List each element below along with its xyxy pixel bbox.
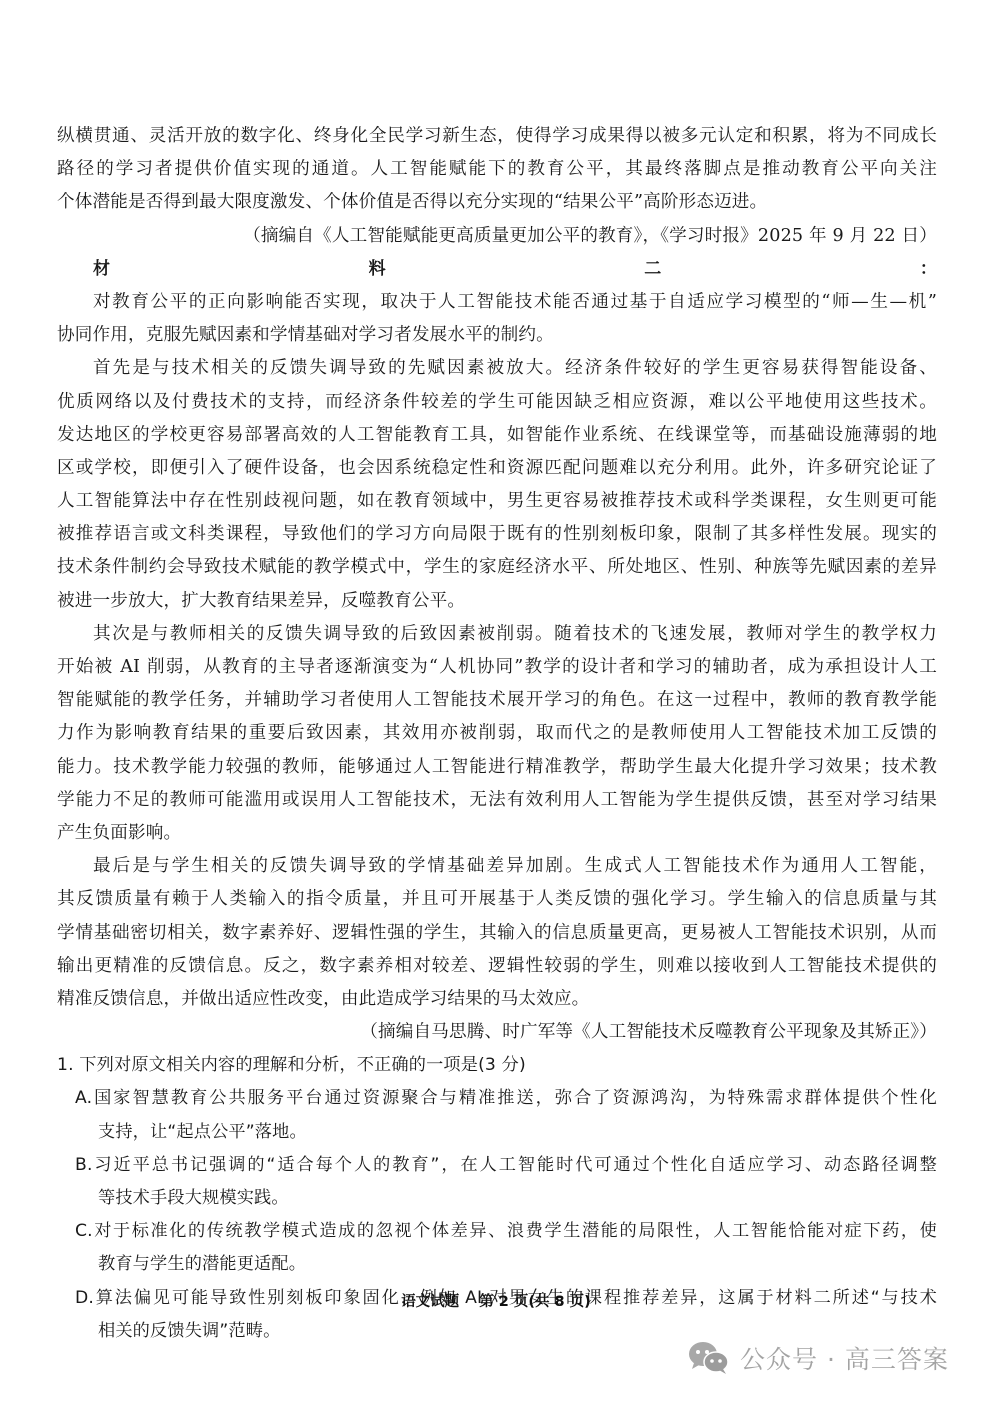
page-footer: 语文试题第 2 页(共 8 页): [0, 1290, 992, 1311]
text-line: 技术条件制约会导致技术赋能的教学模式中，学生的家庭经济水平、所处地区、性别、种族…: [57, 551, 937, 584]
option-text: 习近平总书记强调的“适合每个人的教育”，在人工智能时代可通过个性化自适应学习、动…: [93, 1155, 937, 1175]
text-line: 智能赋能的教学任务，并辅助学习者使用人工智能技术展开学习的角色。在这一过程中，教…: [57, 684, 937, 717]
option-b-continuation: 等技术手段大规模实践。: [57, 1182, 937, 1215]
footer-subject: 语文试题: [401, 1290, 459, 1311]
text-line: 发达地区的学校更容易部署高效的人工智能教育工具，如智能作业系统、在线课堂等，而基…: [57, 419, 937, 452]
option-b: B.习近平总书记强调的“适合每个人的教育”，在人工智能时代可通过个性化自适应学习…: [57, 1149, 937, 1182]
text-line: 学情基础密切相关，数字素养好、逻辑性强的学生，其输入的信息质量更高，更易被人工智…: [57, 917, 937, 950]
option-letter: C.: [75, 1221, 93, 1241]
text-line: 区或学校，即便引入了硬件设备，也会因系统稳定性和资源匹配问题难以充分利用。此外，…: [57, 452, 937, 485]
text-line: 学能力不足的教师可能滥用或误用人工智能技术，无法有效利用人工智能为学生提供反馈，…: [57, 784, 937, 817]
section-heading: 材料二：: [57, 253, 937, 286]
option-text: 对于标准化的传统教学模式造成的忽视个体差异、浪费学生潜能的局限性，人工智能恰能对…: [93, 1221, 937, 1241]
watermark-text: 公众号 · 高三答案: [740, 1340, 949, 1376]
text-line: 对教育公平的正向影响能否实现，取决于人工智能技术能否通过基于自适应学习模型的“师…: [57, 286, 937, 319]
footer-page-info: 第 2 页(共 8 页): [479, 1290, 591, 1311]
paragraph: 其次是与教师相关的反馈失调导致的后致因素被削弱。随着技术的飞速发展，教师对学生的…: [57, 618, 937, 850]
option-a: A.国家智慧教育公共服务平台通过资源聚合与精准推送，弥合了资源鸿沟，为特殊需求群…: [57, 1082, 937, 1115]
option-a-continuation: 支持，让“起点公平”落地。: [57, 1116, 937, 1149]
option-text: 国家智慧教育公共服务平台通过资源聚合与精准推送，弥合了资源鸿沟，为特殊需求群体提…: [92, 1088, 937, 1108]
text-line: 纵横贯通、灵活开放的数字化、终身化全民学习新生态，使得学习成果得以被多元认定和积…: [57, 120, 937, 153]
paragraph: 对教育公平的正向影响能否实现，取决于人工智能技术能否通过基于自适应学习模型的“师…: [57, 286, 937, 352]
text-line: 开始被 AI 削弱，从教育的主导者逐渐演变为“人机协同”教学的设计者和学习的辅助…: [57, 651, 937, 684]
text-line: 最后是与学生相关的反馈失调导致的学情基础差异加剧。生成式人工智能技术作为通用人工…: [57, 850, 937, 883]
option-c-continuation: 教育与学生的潜能更适配。: [57, 1248, 937, 1281]
source-citation: （摘编自《人工智能赋能更高质量更加公平的教育》，《学习时报》2025 年 9 月…: [57, 220, 937, 253]
text-line: 首先是与技术相关的反馈失调导致的先赋因素被放大。经济条件较好的学生更容易获得智能…: [57, 352, 937, 385]
option-letter: B.: [75, 1155, 93, 1175]
wechat-icon: [688, 1341, 730, 1375]
text-line: 协同作用，克服先赋因素和学情基础对学习者发展水平的制约。: [57, 319, 937, 352]
paragraph: 首先是与技术相关的反馈失调导致的先赋因素被放大。经济条件较好的学生更容易获得智能…: [57, 352, 937, 618]
text-line: 精准反馈信息，并做出适应性改变，由此造成学习结果的马太效应。: [57, 983, 937, 1016]
option-letter: A.: [75, 1088, 92, 1108]
text-line: 路径的学习者提供价值实现的通道。人工智能赋能下的教育公平，其最终落脚点是推动教育…: [57, 153, 937, 186]
text-line: 个体潜能是否得到最大限度激发、个体价值是否得以充分实现的“结果公平”高阶形态迈进…: [57, 186, 937, 219]
text-line: 人工智能算法中存在性别歧视问题，如在教育领域中，男生更容易被推荐技术或科学类课程…: [57, 485, 937, 518]
text-line: 输出更精准的反馈信息。反之，数字素养相对较差、逻辑性较弱的学生，则难以接收到人工…: [57, 950, 937, 983]
text-line: 其反馈质量有赖于人类输入的指令质量，并且可开展基于人类反馈的强化学习。学生输入的…: [57, 883, 937, 916]
material-two: 材料二： 对教育公平的正向影响能否实现，取决于人工智能技术能否通过基于自适应学习…: [57, 253, 937, 1050]
material-one-tail: 纵横贯通、灵活开放的数字化、终身化全民学习新生态，使得学习成果得以被多元认定和积…: [57, 120, 937, 253]
paragraph: 最后是与学生相关的反馈失调导致的学情基础差异加剧。生成式人工智能技术作为通用人工…: [57, 850, 937, 1016]
text-line: 其次是与教师相关的反馈失调导致的后致因素被削弱。随着技术的飞速发展，教师对学生的…: [57, 618, 937, 651]
text-line: 力作为影响教育结果的重要后致因素，其效用亦被削弱，取而代之的是教师使用人工智能技…: [57, 717, 937, 750]
text-line: 被推荐语言或文科类课程，导致他们的学习方向局限于既有的性别刻板印象，限制了其多样…: [57, 518, 937, 551]
exam-page-body: 纵横贯通、灵活开放的数字化、终身化全民学习新生态，使得学习成果得以被多元认定和积…: [57, 120, 937, 1348]
question-stem: 1. 下列对原文相关内容的理解和分析，不正确的一项是(3 分): [57, 1049, 937, 1082]
text-line: 被进一步放大，扩大教育结果差异，反噬教育公平。: [57, 585, 937, 618]
text-line: 优质网络以及付费技术的支持，而经济条件较差的学生可能因缺乏相应资源，难以公平地使…: [57, 386, 937, 419]
watermark: 公众号 · 高三答案: [688, 1340, 949, 1376]
text-line: 能力。技术教学能力较强的教师，能够通过人工智能进行精准教学，帮助学生最大化提升学…: [57, 751, 937, 784]
option-c: C.对于标准化的传统教学模式造成的忽视个体差异、浪费学生潜能的局限性，人工智能恰…: [57, 1215, 937, 1248]
source-citation: （摘编自马思腾、时广军等《人工智能技术反噬教育公平现象及其矫正》）: [57, 1016, 937, 1049]
text-line: 产生负面影响。: [57, 817, 937, 850]
